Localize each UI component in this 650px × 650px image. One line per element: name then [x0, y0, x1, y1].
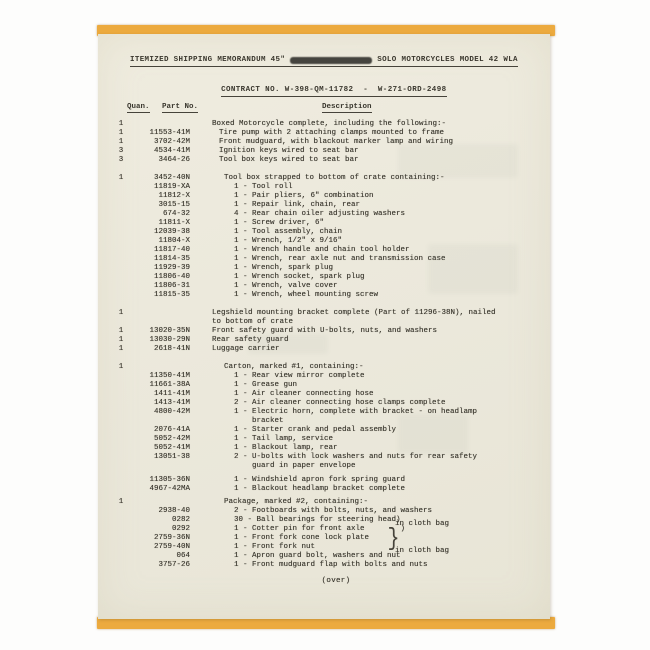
- quan-cell: 1: [112, 345, 130, 354]
- description-cell: 1 - Starter crank and pedal assembly: [234, 426, 544, 435]
- part-no-cell: 1413-41M: [130, 399, 190, 408]
- quan-cell: [112, 381, 130, 390]
- quan-cell: [112, 543, 130, 552]
- description-cell: 1 - Rear view mirror complete: [234, 372, 544, 381]
- description-cell: 1 - Blackout headlamp bracket complete: [234, 485, 544, 494]
- description-cell: 1 - Grease gun: [234, 381, 544, 390]
- document-title: ITEMIZED SHIPPING MEMORANDUM 45" SOLO MO…: [130, 56, 518, 67]
- quan-cell: [112, 255, 130, 264]
- document-page: ITEMIZED SHIPPING MEMORANDUM 45" SOLO MO…: [98, 34, 550, 619]
- description-cell: 4 - Rear chain oiler adjusting washers: [234, 210, 544, 219]
- contract-number: CONTRACT NO. W-398-QM-11782 - W-271-ORD-…: [221, 86, 446, 97]
- contract-line: CONTRACT NO. W-398-QM-11782 - W-271-ORD-…: [98, 78, 550, 102]
- part-no-cell: 11817-40: [130, 246, 190, 255]
- description-cell: 1 - Windshield apron fork spring guard: [234, 476, 544, 485]
- part-no-cell: 4967-42MA: [130, 485, 190, 494]
- column-header-quan: Quan.: [127, 103, 150, 113]
- part-no-cell: 4534-41M: [130, 147, 190, 156]
- part-no-cell: 11806-31: [130, 282, 190, 291]
- quan-cell: 1: [112, 363, 130, 372]
- quan-cell: [112, 525, 130, 534]
- part-no-cell: 11553-41M: [130, 129, 190, 138]
- part-no-cell: 3464-26: [130, 156, 190, 165]
- description-cell: 2 - Footboards with bolts, nuts, and was…: [234, 507, 544, 516]
- part-no-cell: 0292: [130, 525, 190, 534]
- quan-cell: 1: [112, 174, 130, 183]
- table-row: 11661-38A1 - Grease gun: [112, 381, 544, 390]
- table-row: 4800-42M1 - Electric horn, complete with…: [112, 408, 544, 426]
- table-row: 1413-41M2 - Air cleaner connecting hose …: [112, 399, 544, 408]
- table-row: 11819-XA1 - Tool roll: [112, 183, 544, 192]
- description-cell: 1 - Tail lamp, service: [234, 435, 544, 444]
- quan-cell: [112, 561, 130, 570]
- part-no-cell: 11305-36N: [130, 476, 190, 485]
- part-no-cell: 11804-X: [130, 237, 190, 246]
- description-cell: 1 - Apron guard bolt, washers and nut: [234, 552, 544, 561]
- part-no-cell: 11819-XA: [130, 183, 190, 192]
- table-row: 3015-151 - Repair link, chain, rear: [112, 201, 544, 210]
- description-cell: Boxed Motorcycle complete, including the…: [212, 120, 544, 129]
- table-row: 2759-36N1 - Front fork cone lock plate: [112, 534, 544, 543]
- part-no-cell: 5052-42M: [130, 435, 190, 444]
- table-row: 111553-41MTire pump with 2 attaching cla…: [112, 129, 544, 138]
- quan-cell: [112, 453, 130, 471]
- description-cell: Carton, marked #1, containing:-: [224, 363, 544, 372]
- part-no-cell: [130, 120, 190, 129]
- description-cell: 1 - Pair pliers, 6" combination: [234, 192, 544, 201]
- quan-cell: 3: [112, 156, 130, 165]
- part-no-cell: 2618-41N: [130, 345, 190, 354]
- part-no-cell: 11815-35: [130, 291, 190, 300]
- cloth-bag-brace: }: [388, 534, 400, 543]
- part-no-cell: 2759-40N: [130, 543, 190, 552]
- part-no-cell: 13030-29N: [130, 336, 190, 345]
- table-row: 113030-29NRear safety guard: [112, 336, 544, 345]
- quan-cell: [112, 246, 130, 255]
- quan-cell: [112, 291, 130, 300]
- quan-cell: [112, 219, 130, 228]
- part-no-cell: 11811-X: [130, 219, 190, 228]
- quan-cell: [112, 408, 130, 426]
- quan-cell: 1: [112, 327, 130, 336]
- part-no-cell: [130, 309, 190, 327]
- part-no-cell: 064: [130, 552, 190, 561]
- table-row: 1Legshield mounting bracket complete (Pa…: [112, 309, 544, 327]
- part-no-cell: 11814-35: [130, 255, 190, 264]
- part-no-cell: 11812-X: [130, 192, 190, 201]
- description-cell: 1 - Tool roll: [234, 183, 544, 192]
- part-no-cell: 3757-26: [130, 561, 190, 570]
- table-row: 12618-41NLuggage carrier: [112, 345, 544, 354]
- quan-cell: [112, 485, 130, 494]
- quan-cell: [112, 282, 130, 291]
- description-cell: 1 - Screw driver, 6": [234, 219, 544, 228]
- part-no-cell: 13020-35N: [130, 327, 190, 336]
- table-row: 11811-X1 - Screw driver, 6": [112, 219, 544, 228]
- table-row: 11812-X1 - Pair pliers, 6" combination: [112, 192, 544, 201]
- quan-cell: [112, 399, 130, 408]
- quan-cell: 1: [112, 129, 130, 138]
- part-no-cell: 11806-40: [130, 273, 190, 282]
- quan-cell: 1: [112, 498, 130, 507]
- table-row: 1Carton, marked #1, containing:-: [112, 363, 544, 372]
- part-no-cell: 11661-38A: [130, 381, 190, 390]
- table-row: 5052-42M1 - Tail lamp, service: [112, 435, 544, 444]
- quan-cell: 1: [112, 309, 130, 327]
- table-row: 2759-40N1 - Front fork nut}in cloth bag: [112, 543, 544, 552]
- part-no-cell: [130, 498, 190, 507]
- part-no-cell: 4800-42M: [130, 408, 190, 426]
- quan-cell: [112, 201, 130, 210]
- bleed-through-artifact: [428, 244, 518, 294]
- quan-cell: [112, 444, 130, 453]
- part-no-cell: 5052-41M: [130, 444, 190, 453]
- description-cell: Tire pump with 2 attaching clamps mounte…: [219, 129, 544, 138]
- quan-cell: [112, 372, 130, 381]
- part-no-cell: 674-32: [130, 210, 190, 219]
- table-row: 2938-402 - Footboards with bolts, nuts, …: [112, 507, 544, 516]
- quan-cell: 1: [112, 138, 130, 147]
- part-no-cell: 3452-40N: [130, 174, 190, 183]
- quan-cell: [112, 237, 130, 246]
- title-prefix: ITEMIZED SHIPPING MEMORANDUM 45": [130, 56, 285, 64]
- description-cell: 2 - Air cleaner connecting hose clamps c…: [234, 399, 544, 408]
- table-row: 4967-42MA1 - Blackout headlamp bracket c…: [112, 485, 544, 494]
- table-row: 1Boxed Motorcycle complete, including th…: [112, 120, 544, 129]
- table-row: 028230 - Ball bearings for steering head…: [112, 516, 544, 525]
- page-footer: (over): [286, 577, 386, 585]
- quan-cell: 1: [112, 120, 130, 129]
- part-no-cell: 3702-42M: [130, 138, 190, 147]
- table-row: 3757-261 - Front mudguard flap with bolt…: [112, 561, 544, 570]
- quan-cell: 1: [112, 336, 130, 345]
- part-no-cell: 3015-15: [130, 201, 190, 210]
- quan-cell: [112, 264, 130, 273]
- quan-cell: [112, 426, 130, 435]
- description-cell: 1 - Electric horn, complete with bracket…: [234, 408, 544, 426]
- part-no-cell: 1411-41M: [130, 390, 190, 399]
- description-cell: Package, marked #2, containing:-: [224, 498, 544, 507]
- table-row: 1Package, marked #2, containing:-: [112, 498, 544, 507]
- item-table: 1Boxed Motorcycle complete, including th…: [112, 120, 544, 570]
- table-row: 1411-41M1 - Air cleaner connecting hose: [112, 390, 544, 399]
- quan-cell: [112, 210, 130, 219]
- bleed-through-artifact: [398, 144, 518, 178]
- quan-cell: [112, 516, 130, 525]
- part-no-cell: 2759-36N: [130, 534, 190, 543]
- quan-cell: [112, 183, 130, 192]
- part-no-cell: 2938-40: [130, 507, 190, 516]
- part-no-cell: 2076-41A: [130, 426, 190, 435]
- part-no-cell: 11929-39: [130, 264, 190, 273]
- description-cell: 1 - Blackout lamp, rear: [234, 444, 544, 453]
- part-no-cell: 13051-38: [130, 453, 190, 471]
- title-suffix: SOLO MOTORCYCLES MODEL 42 WLA: [377, 56, 518, 64]
- description-cell: Legshield mounting bracket complete (Par…: [212, 309, 544, 327]
- quan-cell: [112, 534, 130, 543]
- description-cell: 1 - Air cleaner connecting hose: [234, 390, 544, 399]
- quan-cell: [112, 228, 130, 237]
- quan-cell: [112, 476, 130, 485]
- table-row: 2076-41A1 - Starter crank and pedal asse…: [112, 426, 544, 435]
- description-cell: 1 - Repair link, chain, rear: [234, 201, 544, 210]
- quan-cell: [112, 507, 130, 516]
- column-header-part-no: Part No.: [162, 103, 198, 113]
- table-row: 11350-41M1 - Rear view mirror complete: [112, 372, 544, 381]
- quan-cell: [112, 273, 130, 282]
- part-no-cell: 0282: [130, 516, 190, 525]
- column-header-description: Description: [322, 103, 372, 113]
- description-cell: 2 - U-bolts with lock washers and nuts f…: [234, 453, 544, 471]
- table-row: 11305-36N1 - Windshield apron fork sprin…: [112, 476, 544, 485]
- bleed-through-artifact: [398, 414, 468, 454]
- quan-cell: [112, 192, 130, 201]
- part-no-cell: 11350-41M: [130, 372, 190, 381]
- quan-cell: [112, 435, 130, 444]
- description-cell: 1 - Tool assembly, chain: [234, 228, 544, 237]
- quan-cell: [112, 552, 130, 561]
- table-row: 12039-381 - Tool assembly, chain: [112, 228, 544, 237]
- table-row: 02921 - Cotter pin for front axle ): [112, 525, 544, 534]
- description-cell: 1 - Front mudguard flap with bolts and n…: [234, 561, 544, 570]
- table-row: 13051-382 - U-bolts with lock washers an…: [112, 453, 544, 471]
- table-row: 113020-35NFront safety guard with U-bolt…: [112, 327, 544, 336]
- quan-cell: 3: [112, 147, 130, 156]
- table-row: 5052-41M1 - Blackout lamp, rear: [112, 444, 544, 453]
- table-row: 0641 - Apron guard bolt, washers and nut: [112, 552, 544, 561]
- table-row: 674-324 - Rear chain oiler adjusting was…: [112, 210, 544, 219]
- part-no-cell: 12039-38: [130, 228, 190, 237]
- redaction-mark: [290, 57, 372, 64]
- part-no-cell: [130, 363, 190, 372]
- bleed-through-artifact: [248, 334, 328, 354]
- quan-cell: [112, 390, 130, 399]
